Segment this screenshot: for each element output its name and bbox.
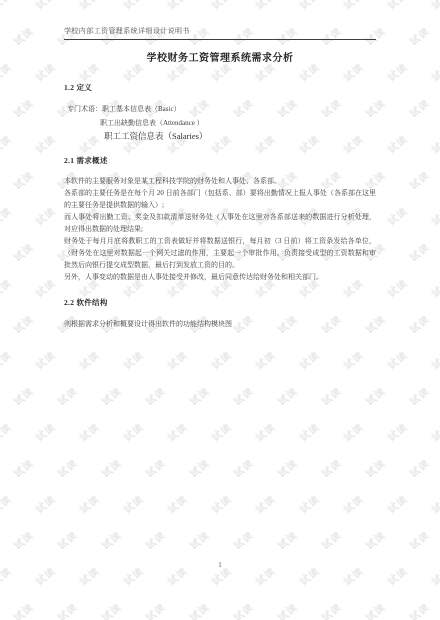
requirements-body: 本软件的主要服务对象是某工程科技学院的财务处和人事处、各系部。 各系部的主要任务… [64, 175, 376, 283]
body-paragraph: 各系部的主要任务是在每个月 20 日前各部门（包括系、部）要将出勤情况上报人事处… [64, 187, 376, 211]
header-rule [64, 39, 376, 40]
document-page: 试读试读试读试读试读试读试读试读试读试读试读试读试读试读试读试读试读试读试读试读… [0, 0, 440, 620]
section-heading-software-structure: 2.2 软件结构 [64, 297, 376, 308]
body-paragraph: 而人事处将出勤工资、奖金及扣款清单送财务处（人事处在这里对各系部送来的数据进行分… [64, 211, 376, 235]
body-paragraph: 本软件的主要服务对象是某工程科技学院的财务处和人事处、各系部。 [64, 175, 376, 187]
section-heading-requirements: 2.1 需求概述 [64, 155, 376, 166]
body-paragraph: 财务处于每月月底将教职工的工资表做好并将数据送银行，每月初（3 日前）将工资条发… [64, 235, 376, 271]
page-number: 1 [0, 561, 440, 569]
page-title: 学校财务工资管理系统需求分析 [64, 49, 376, 64]
term-line-attendance: 职工出缺勤信息表（Attendance ） [100, 118, 204, 128]
term-line-basic: 专门术语：职工基本信息表（Basic） [67, 104, 181, 114]
section-heading-definitions: 1.2 定义 [64, 82, 376, 93]
body-paragraph: 另外，人事变动的数据是由人事处接受并修改，最后同意传达给财务处和相关部门。 [64, 271, 376, 283]
term-line-salaries: 职工工资信息表（Salaries） [104, 130, 207, 142]
page-content: 学校内部工资管理系统详细设计说明书 学校财务工资管理系统需求分析 1.2 定义 … [0, 0, 440, 620]
running-header: 学校内部工资管理系统详细设计说明书 [64, 26, 376, 36]
software-structure-body: 则根据需求分析和概要设计得出软件的功能结构模块图 [64, 319, 376, 329]
